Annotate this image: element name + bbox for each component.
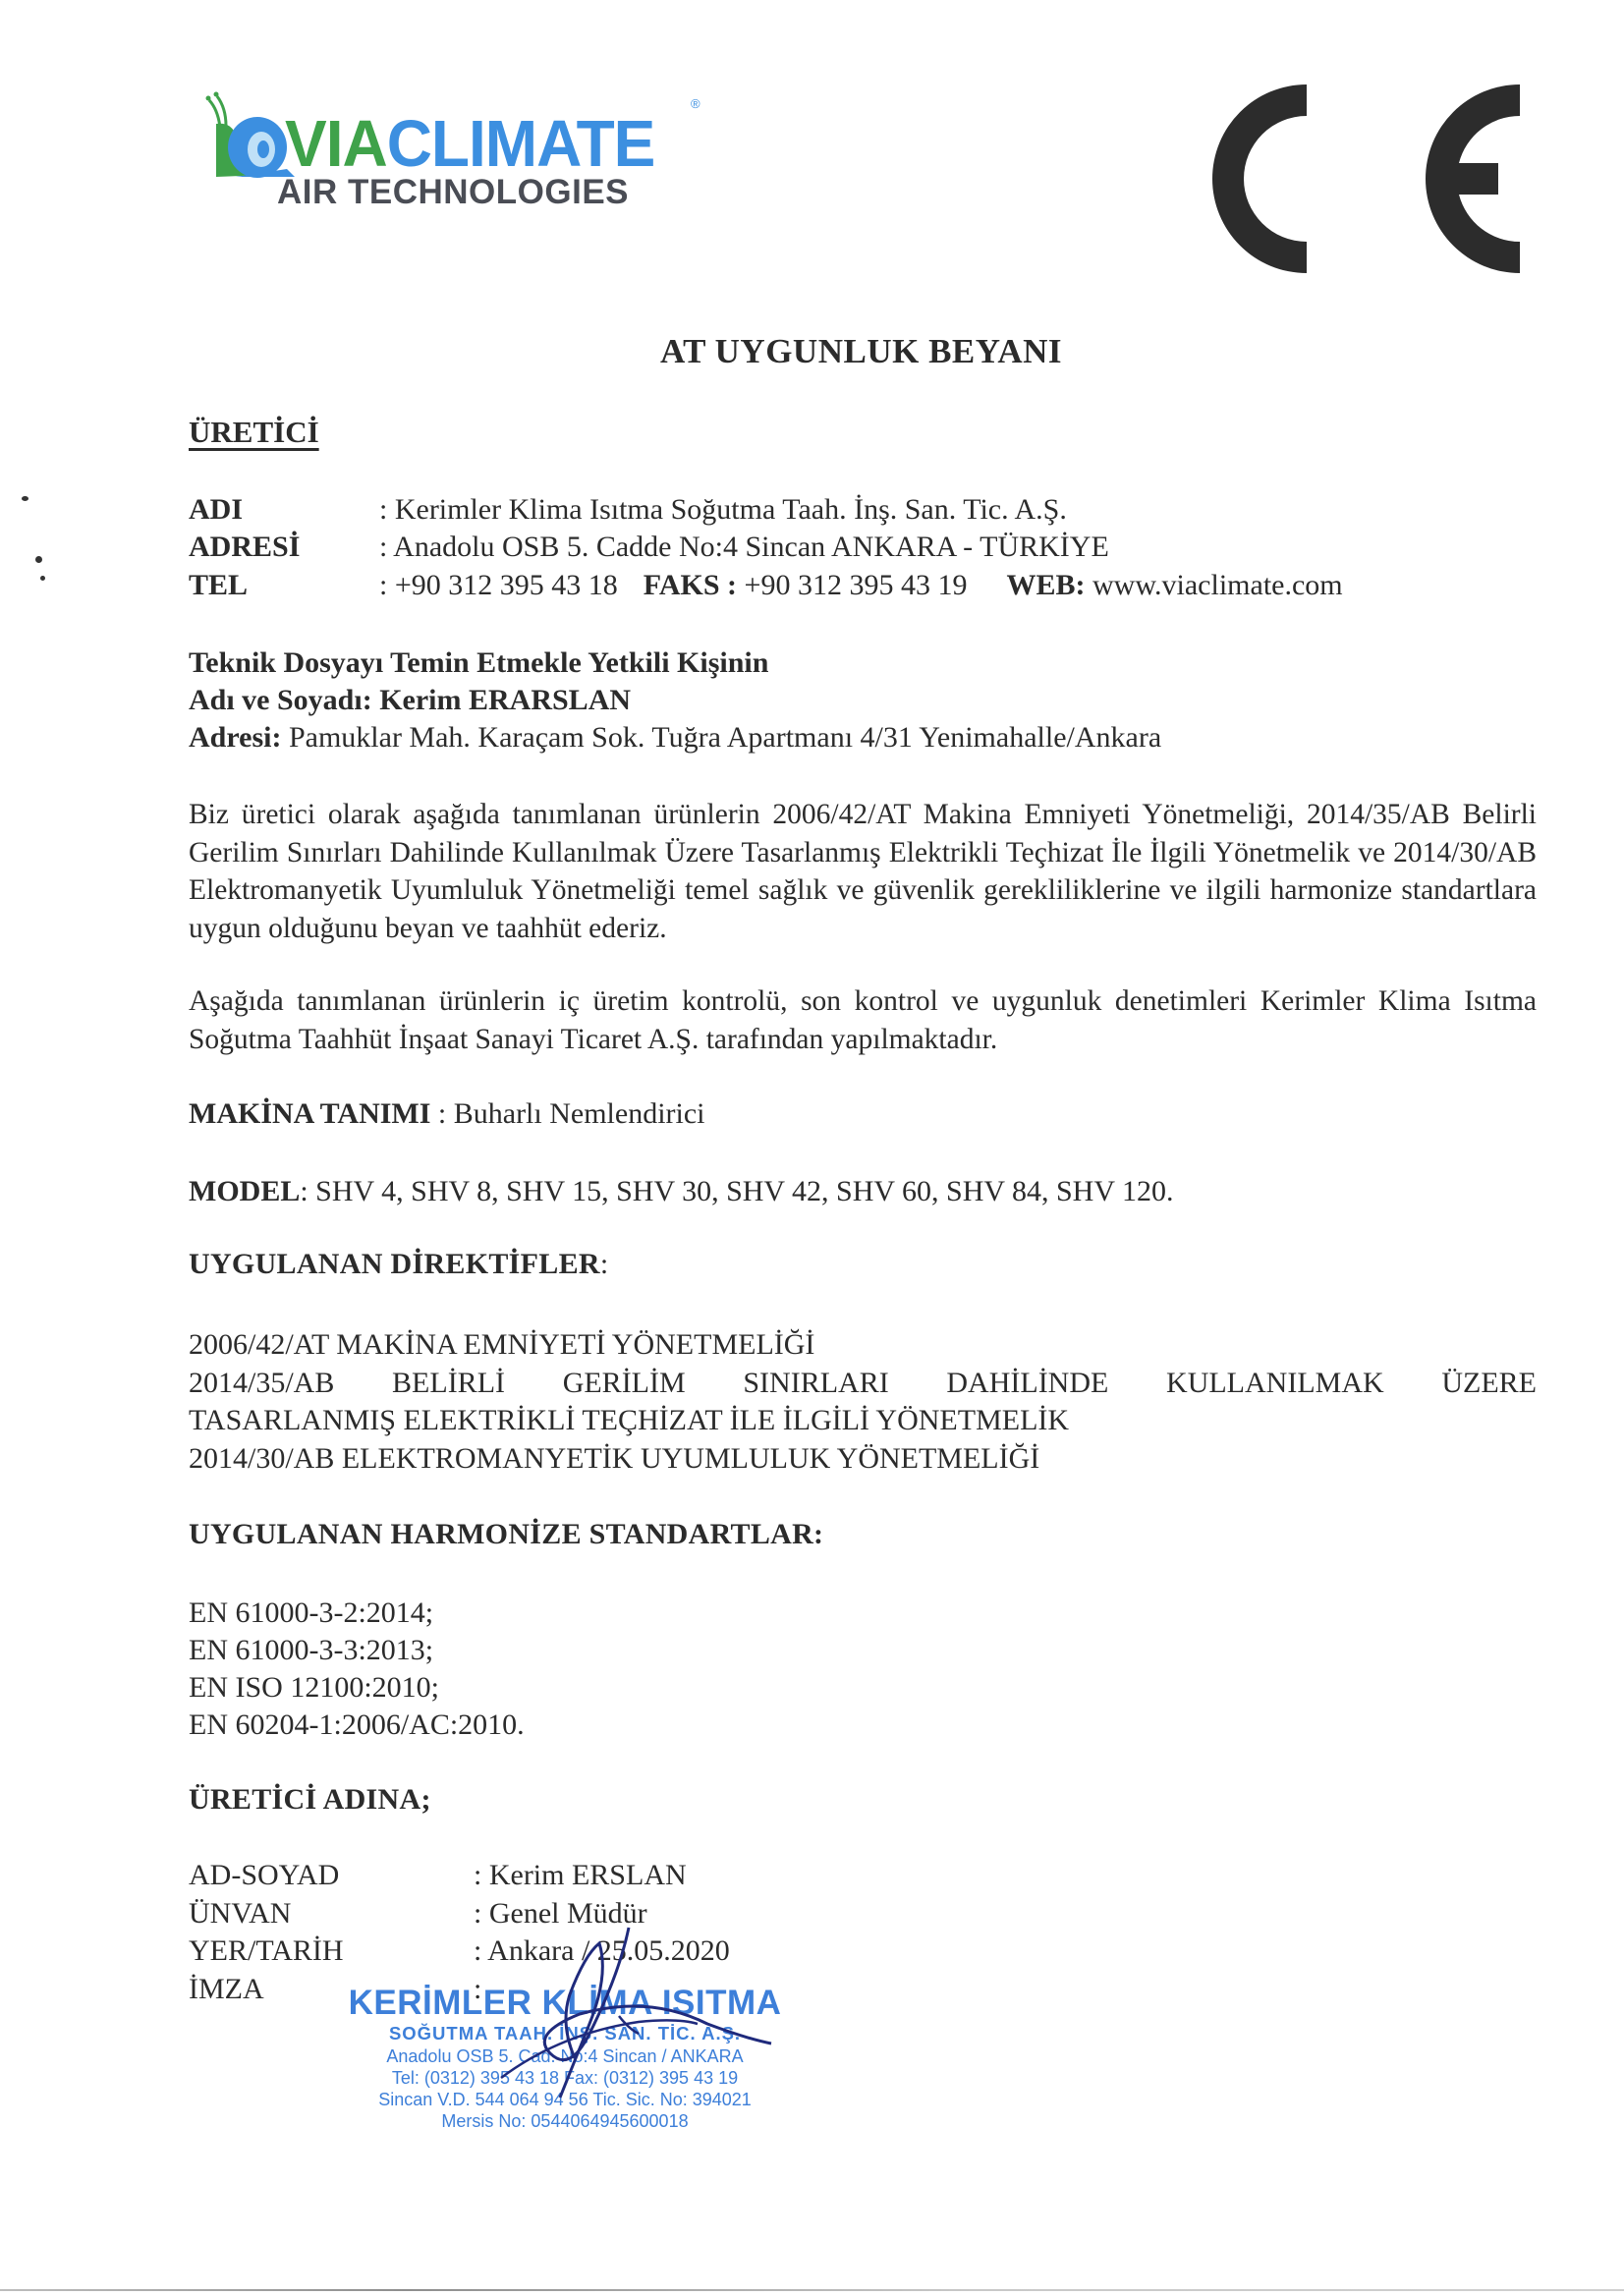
- standards-list: EN 61000-3-2:2014; EN 61000-3-3:2013; EN…: [189, 1595, 525, 1744]
- phone-value: : +90 312 395 43 18: [379, 567, 618, 604]
- document-title: AT UYGUNLUK BEYANI: [0, 332, 1624, 371]
- standard-item: EN ISO 12100:2010;: [189, 1669, 525, 1707]
- brand-subtitle: AIR TECHNOLOGIES: [277, 175, 629, 210]
- field-label: MAKİNA TANIMI: [189, 1097, 430, 1130]
- technical-file-address-row: Adresi: Pamuklar Mah. Karaçam Sok. Tuğra…: [189, 719, 1161, 756]
- field-label: Adresi:: [189, 721, 281, 754]
- field-value: Pamuklar Mah. Karaçam Sok. Tuğra Apartma…: [289, 721, 1161, 754]
- signatory-heading: ÜRETİCİ ADINA;: [189, 1783, 431, 1817]
- field-value: : Kerimler Klima Isıtma Soğutma Taah. İn…: [379, 491, 1067, 529]
- field-value: : Kerim ERSLAN: [474, 1859, 687, 1891]
- manufacturer-address-row: ADRESİ: Anadolu OSB 5. Cadde No:4 Sincan…: [189, 529, 1109, 566]
- scan-speck: [40, 576, 45, 581]
- directive-item: 2014/30/AB ELEKTROMANYETİK UYUMLULUK YÖN…: [189, 1440, 1537, 1479]
- field-value: Kerim ERARSLAN: [379, 684, 631, 716]
- standard-item: EN 60204-1:2006/AC:2010.: [189, 1707, 525, 1744]
- directive-item: 2006/42/AT MAKİNA EMNİYETİ YÖNETMELİĞİ: [189, 1326, 1537, 1365]
- control-paragraph: Aşağıda tanımlanan ürünlerin iç üretim k…: [189, 982, 1537, 1058]
- scan-speck: [35, 556, 42, 563]
- technical-file-name-row: Adı ve Soyadı: Kerim ERARSLAN: [189, 682, 631, 719]
- manufacturer-heading: ÜRETİCİ: [189, 415, 319, 450]
- machine-description-row: MAKİNA TANIMI : Buharlı Nemlendirici: [189, 1095, 705, 1133]
- web-link[interactable]: www.viaclimate.com: [1092, 569, 1343, 601]
- directive-item: 2014/35/AB BELİRLİ GERİLİM SINIRLARI DAH…: [189, 1365, 1537, 1403]
- manufacturer-contact-row: TEL: +90 312 395 43 18FAKS : +90 312 395…: [189, 567, 1343, 604]
- stamp-line: Mersis No: 0544064945600018: [344, 2110, 786, 2132]
- fax-label: FAKS :: [644, 569, 737, 601]
- manufacturer-name-row: ADI: Kerimler Klima Isıtma Soğutma Taah.…: [189, 491, 1067, 529]
- field-value: : Anadolu OSB 5. Cadde No:4 Sincan ANKAR…: [379, 529, 1109, 566]
- field-label: YER/TARİH: [189, 1932, 474, 1971]
- scan-edge-line: [0, 2289, 1624, 2291]
- directive-item: TASARLANMIŞ ELEKTRİKLİ TEÇHİZAT İLE İLGİ…: [189, 1402, 1537, 1440]
- field-label: ADRESİ: [189, 529, 379, 566]
- standards-heading: UYGULANAN HARMONİZE STANDARTLAR:: [189, 1518, 823, 1551]
- signatory-name-row: AD-SOYAD: Kerim ERSLAN: [189, 1857, 730, 1895]
- field-label: Adı ve Soyadı:: [189, 684, 372, 716]
- model-row: MODEL: SHV 4, SHV 8, SHV 15, SHV 30, SHV…: [189, 1173, 1173, 1210]
- web-label: WEB:: [1006, 569, 1085, 601]
- field-label: MODEL: [189, 1175, 300, 1207]
- field-label: TEL: [189, 567, 379, 604]
- field-value: : Buharlı Nemlendirici: [438, 1097, 705, 1130]
- registered-mark: ®: [691, 96, 700, 111]
- field-label: AD-SOYAD: [189, 1857, 474, 1895]
- field-value: : SHV 4, SHV 8, SHV 15, SHV 30, SHV 42, …: [300, 1175, 1173, 1207]
- declaration-paragraph: Biz üretici olarak aşağıda tanımlanan ür…: [189, 796, 1537, 947]
- field-label: ADI: [189, 491, 379, 529]
- directives-heading: UYGULANAN DİREKTİFLER:: [189, 1248, 608, 1281]
- fax-value: +90 312 395 43 19: [745, 569, 968, 601]
- standard-item: EN 61000-3-2:2014;: [189, 1595, 525, 1632]
- standard-item: EN 61000-3-3:2013;: [189, 1632, 525, 1669]
- technical-file-heading: Teknik Dosyayı Temin Etmekle Yetkili Kiş…: [189, 644, 768, 682]
- brand-name: VIACLIMATE: [285, 110, 654, 176]
- handwritten-signature-icon: [472, 1916, 806, 2112]
- scan-speck: [22, 496, 28, 501]
- directives-list: 2006/42/AT MAKİNA EMNİYETİ YÖNETMELİĞİ 2…: [189, 1326, 1537, 1478]
- field-label: ÜNVAN: [189, 1895, 474, 1933]
- ce-mark-icon: [1159, 83, 1523, 275]
- company-logo: VIACLIMATE ® AIR TECHNOLOGIES: [196, 90, 688, 218]
